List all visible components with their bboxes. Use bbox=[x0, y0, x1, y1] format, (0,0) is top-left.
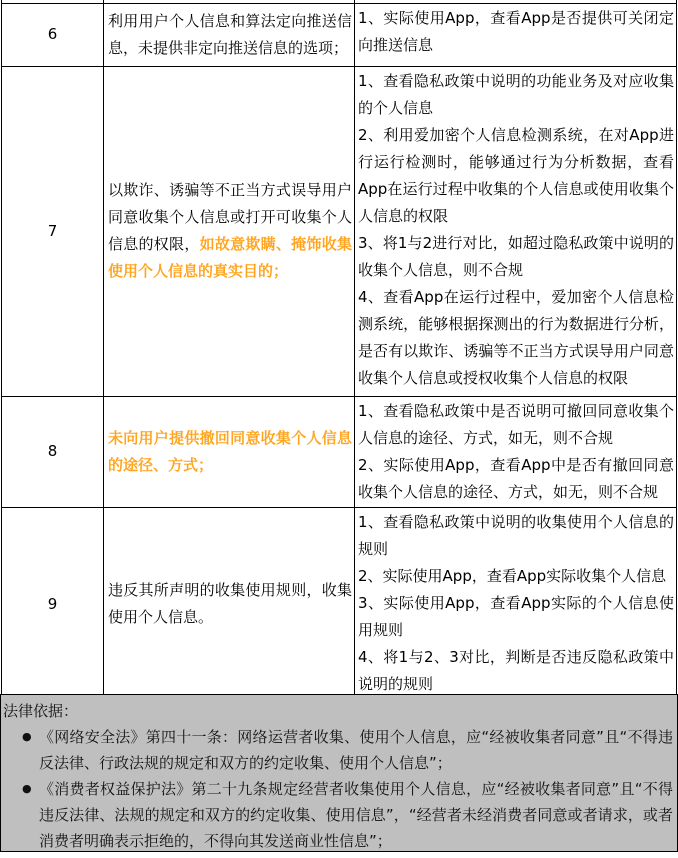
bullet-icon: ● bbox=[22, 776, 32, 802]
violation-cell: 以欺诈、诱骗等不正当方式误导用户同意收集个人信息或打开可收集个人信息的权限，如故… bbox=[104, 66, 355, 396]
method-step: 1、实际使用App，查看App是否提供可关闭定向推送信息 bbox=[358, 5, 674, 59]
method-cell: 1、查看隐私政策中说明的收集使用个人信息的规则2、实际使用App，查看App实际… bbox=[355, 507, 677, 701]
legal-basis-text: 《网络安全法》第四十一条：网络运营者收集、使用个人信息，应“经被收集者同意”且“… bbox=[39, 728, 673, 772]
table-row: 9违反其所声明的收集使用规则，收集使用个人信息。1、查看隐私政策中说明的收集使用… bbox=[2, 507, 677, 701]
legal-basis-text: 《消费者权益保护法》第二十九条规定经营者收集使用个人信息，应“经被收集者同意”且… bbox=[39, 780, 673, 850]
violation-cell: 利用用户个人信息和算法定向推送信息，未提供非定向推送信息的选项； bbox=[104, 3, 355, 66]
violation-emphasis-text: 未向用户提供撤回同意收集个人信息的途径、方式； bbox=[108, 429, 352, 474]
method-step: 1、查看隐私政策中是否说明可撤回同意收集个人信息的途径、方式，如无，则不合规 bbox=[358, 398, 674, 452]
method-step: 1、查看隐私政策中说明的功能业务及对应收集的个人信息 bbox=[358, 68, 674, 122]
row-number-cell: 6 bbox=[2, 3, 104, 66]
bullet-icon: ● bbox=[22, 724, 32, 750]
method-step: 4、查看App在运行过程中，爱加密个人信息检测系统，能够根据探测出的行为数据进行… bbox=[358, 284, 674, 392]
method-step: 1、查看隐私政策中说明的收集使用个人信息的规则 bbox=[358, 509, 674, 563]
method-cell: 1、实际使用App，查看App是否提供可关闭定向推送信息 bbox=[355, 3, 677, 66]
compliance-table: 6利用用户个人信息和算法定向推送信息，未提供非定向推送信息的选项；1、实际使用A… bbox=[1, 0, 677, 702]
table-row: 7以欺诈、诱骗等不正当方式误导用户同意收集个人信息或打开可收集个人信息的权限，如… bbox=[2, 66, 677, 396]
method-step: 4、将1与2、3对比，判断是否违反隐私政策中说明的规则 bbox=[358, 644, 674, 698]
method-step: 2、实际使用App，查看App实际收集个人信息 bbox=[358, 563, 674, 590]
legal-basis-item: ●《网络安全法》第四十一条：网络运营者收集、使用个人信息，应“经被收集者同意”且… bbox=[39, 724, 673, 776]
row-number-cell: 8 bbox=[2, 396, 104, 507]
method-step: 2、实际使用App，查看App中是否有撤回同意收集个人信息的途径、方式，如无，则… bbox=[358, 452, 674, 506]
legal-basis-section: 法律依据： ●《网络安全法》第四十一条：网络运营者收集、使用个人信息，应“经被收… bbox=[0, 694, 678, 852]
violation-cell: 违反其所声明的收集使用规则，收集使用个人信息。 bbox=[104, 507, 355, 701]
method-step: 3、实际使用App，查看App实际的个人信息使用规则 bbox=[358, 590, 674, 644]
violation-text: 利用用户个人信息和算法定向推送信息，未提供非定向推送信息的选项； bbox=[108, 12, 352, 57]
table-row: 8未向用户提供撤回同意收集个人信息的途径、方式；1、查看隐私政策中是否说明可撤回… bbox=[2, 396, 677, 507]
violation-text: 违反其所声明的收集使用规则，收集使用个人信息。 bbox=[108, 581, 352, 626]
violation-cell: 未向用户提供撤回同意收集个人信息的途径、方式； bbox=[104, 396, 355, 507]
legal-basis-title: 法律依据： bbox=[3, 698, 673, 724]
method-step: 2、利用爱加密个人信息检测系统，在对App进行运行检测时，能够通过行为分析数据，… bbox=[358, 122, 674, 230]
method-cell: 1、查看隐私政策中说明的功能业务及对应收集的个人信息2、利用爱加密个人信息检测系… bbox=[355, 66, 677, 396]
row-number-cell: 7 bbox=[2, 66, 104, 396]
row-number-cell: 9 bbox=[2, 507, 104, 701]
table-row: 6利用用户个人信息和算法定向推送信息，未提供非定向推送信息的选项；1、实际使用A… bbox=[2, 3, 677, 66]
method-step: 3、将1与2进行对比，如超过隐私政策中说明的收集个人信息，则不合规 bbox=[358, 230, 674, 284]
method-cell: 1、查看隐私政策中是否说明可撤回同意收集个人信息的途径、方式，如无，则不合规2、… bbox=[355, 396, 677, 507]
legal-basis-item: ●《消费者权益保护法》第二十九条规定经营者收集使用个人信息，应“经被收集者同意”… bbox=[39, 776, 673, 854]
legal-basis-list: ●《网络安全法》第四十一条：网络运营者收集、使用个人信息，应“经被收集者同意”且… bbox=[3, 724, 673, 854]
